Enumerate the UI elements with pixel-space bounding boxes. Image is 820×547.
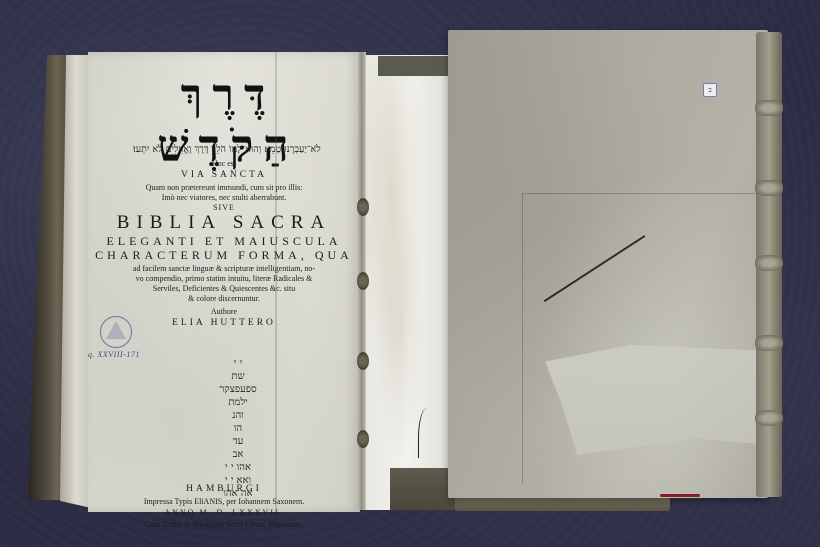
sewing-knot — [357, 430, 369, 448]
pyramid-row: עד — [198, 435, 278, 448]
red-page-edge — [660, 494, 700, 497]
title-line-via-sancta: VIA SANCTA — [88, 170, 360, 180]
sewing-knot — [357, 198, 369, 216]
title-line-ad-facilem: ad facilem sanctæ linguæ & scripturæ int… — [88, 264, 360, 273]
title-line-characterum: CHARACTERUM FORMA, QUA — [88, 248, 360, 263]
imprint-city: HAMBURGI — [88, 484, 360, 494]
page-fold-line — [275, 52, 277, 512]
pyramid-row: ספעפצקר — [198, 383, 278, 396]
spine-patch-top — [378, 56, 448, 76]
spine-band — [755, 335, 783, 351]
pyramid-row: ילמת — [198, 396, 278, 409]
title-line-sive: SIVE — [88, 203, 360, 212]
pyramid-row: הו — [198, 422, 278, 435]
spine-paper-strip — [366, 55, 450, 510]
hebrew-letter-pyramid: י י שת ספעפצקר ילמת והנ הו עד אב אהו י י… — [198, 357, 278, 500]
pyramid-row: י י — [198, 357, 278, 370]
title-line-imo: Imò nec viatores, nec stulti aberrabunt. — [88, 193, 360, 202]
title-line-eleganti: ELEGANTI ET MAIUSCULA — [88, 234, 360, 249]
spine-band — [755, 410, 783, 426]
pyramid-row: והנ — [198, 409, 278, 422]
title-line-hoc-est: Hoc est — [88, 159, 360, 168]
shelfmark: q. XXVIII-171 — [88, 350, 140, 359]
loose-thread — [418, 408, 433, 458]
sewing-knot — [357, 272, 369, 290]
pyramid-row: אהו י י — [198, 461, 278, 474]
imprint-year: ANNO M. D. LXXXVII. — [88, 508, 360, 517]
title-line-compendio: vo compendio, primo statim intuitu, lite… — [88, 274, 360, 283]
cover-label: ב — [703, 83, 717, 97]
title-line-quam: Quam non prætereunt immundi, cum sit pro… — [88, 183, 360, 192]
spine-band — [755, 255, 783, 271]
title-page: דֶּרֶךְ הַקֹּדֶשׁ לֹא־יַעַבְרֶנּוּ טָמֵא… — [88, 52, 360, 512]
stamp-triangle-icon — [106, 321, 126, 339]
cover-peeled-area — [545, 345, 760, 455]
title-line-serviles: Serviles, Deficientes & Quiescentes &c. … — [88, 284, 360, 293]
imprint-printer: Impressa Typis EliANIS, per Iohannem Sax… — [88, 497, 360, 506]
title-line-colore: & colore discernuntur. — [88, 294, 360, 303]
hebrew-title: דֶּרֶךְ הַקֹּדֶשׁ — [108, 70, 348, 172]
library-stamp-icon — [100, 316, 132, 348]
spine-band — [755, 180, 783, 196]
spine-band — [755, 100, 783, 116]
pyramid-row: שת — [198, 370, 278, 383]
title-line-authore: Authore — [88, 307, 360, 316]
pyramid-row: אב — [198, 448, 278, 461]
imprint-privilege: Cum Gratia & Privilegio Sacri Cæsar. Mai… — [88, 520, 360, 529]
hebrew-verse: לֹא־יַעַבְרֶנּוּ טָמֵא וְהוּא־לָמוֹ הֹלֵ… — [102, 144, 352, 155]
sewing-knot — [357, 352, 369, 370]
title-line-biblia-sacra: BIBLIA SACRA — [88, 212, 360, 234]
